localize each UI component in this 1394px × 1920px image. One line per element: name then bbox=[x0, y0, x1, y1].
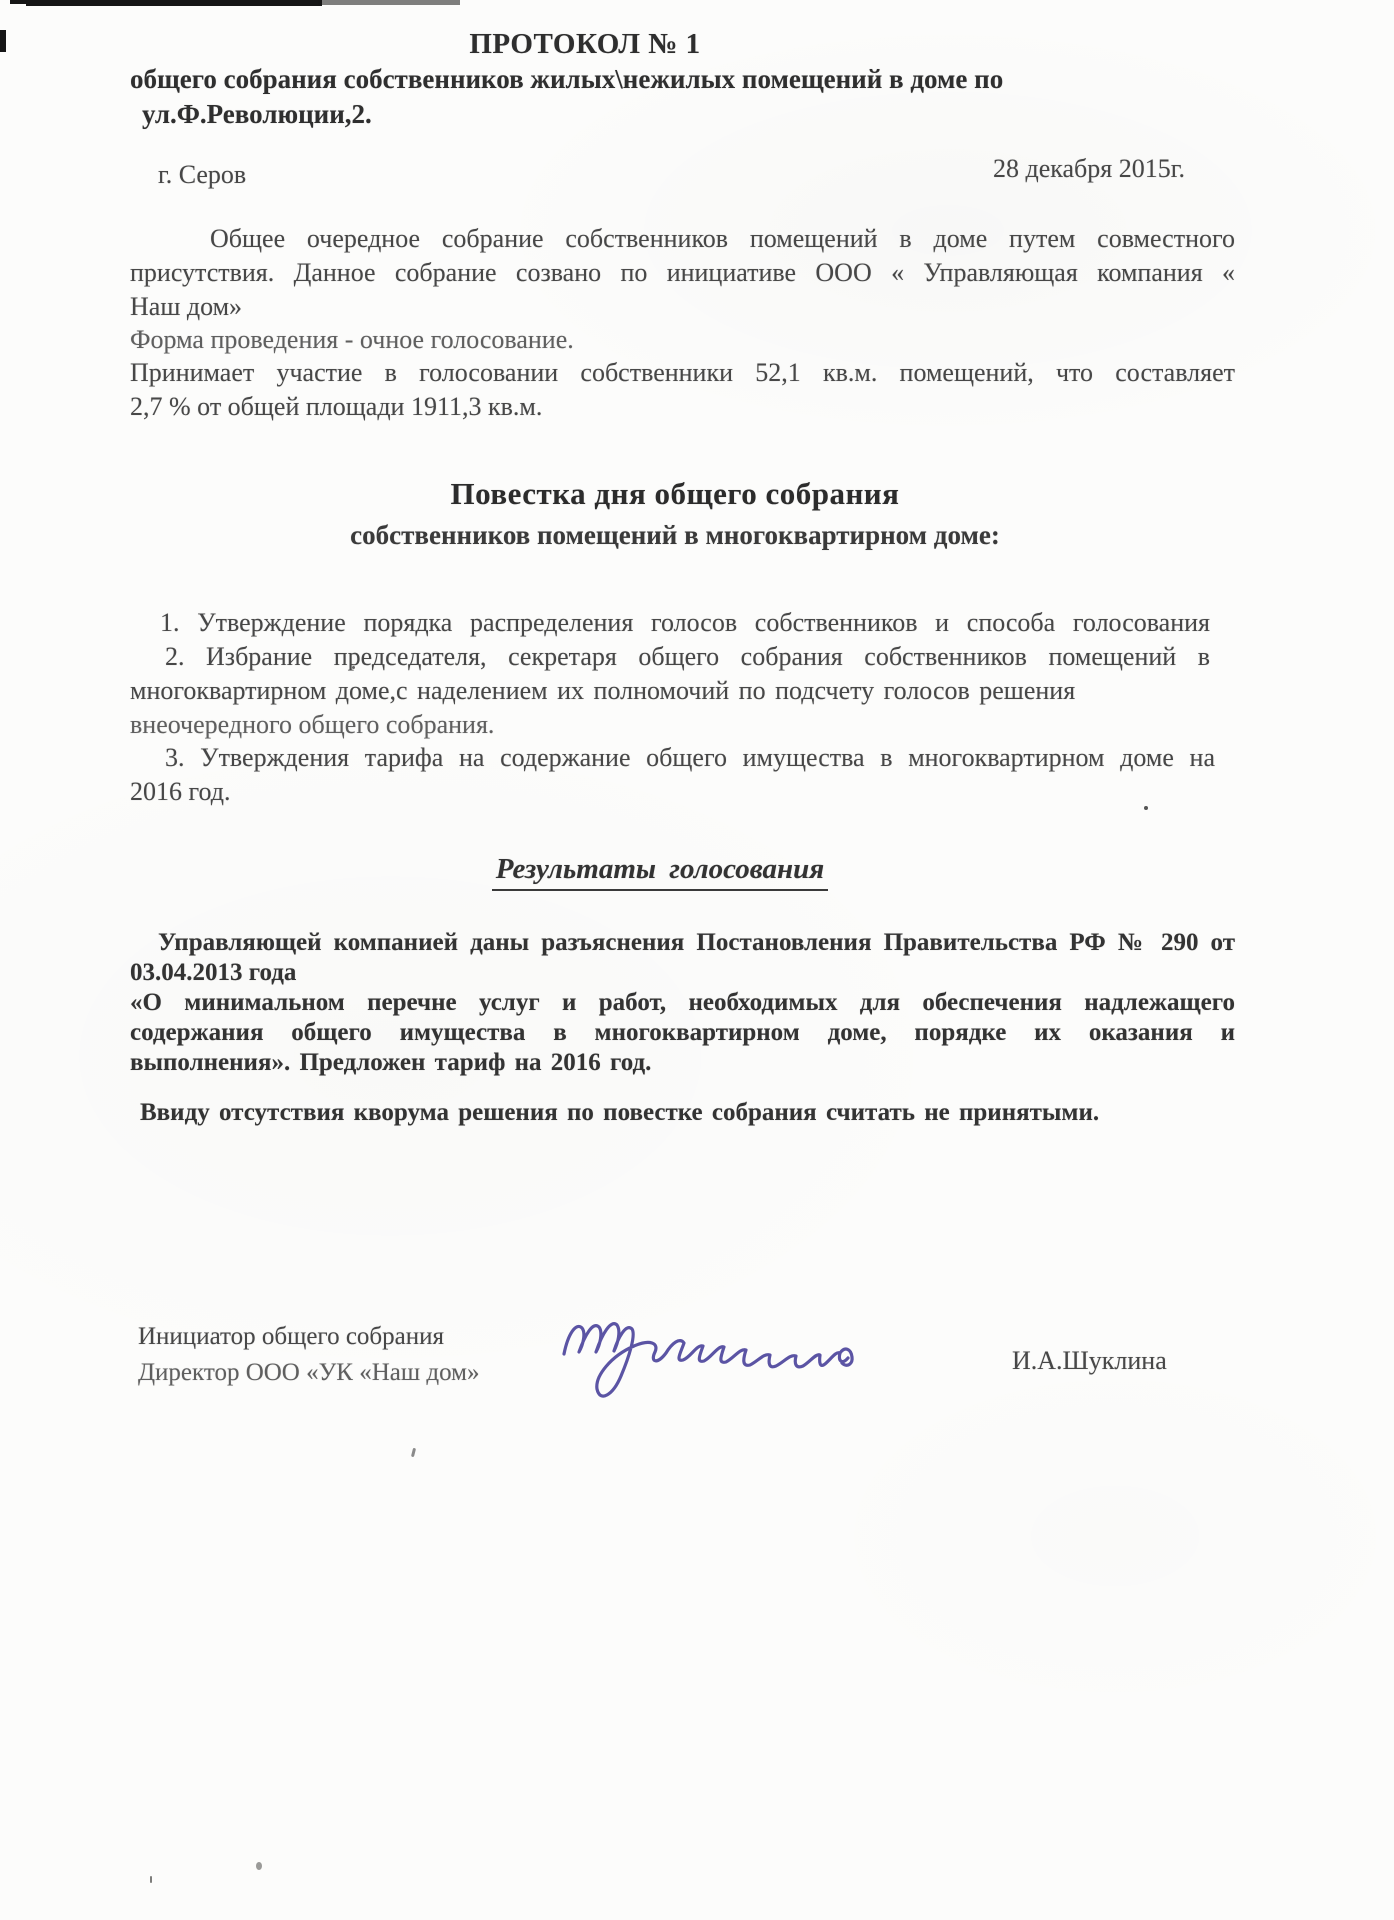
agenda-subheading: собственников помещений в многоквартирно… bbox=[130, 519, 1220, 552]
agenda-heading: Повестка дня общего собрания bbox=[130, 477, 1220, 510]
scan-speck bbox=[150, 1876, 152, 1883]
voting-form-line: Форма проведения - очное голосование. bbox=[130, 323, 1235, 356]
scan-artifact-top-band bbox=[318, 0, 460, 5]
participation-line: Принимает участие в голосовании собствен… bbox=[130, 356, 1235, 389]
scan-speck bbox=[411, 1448, 416, 1457]
results-paragraph-line: 03.04.2013 года bbox=[130, 958, 1235, 988]
doc-subtitle-line1: общего собрания собственников жилых\нежи… bbox=[130, 63, 1235, 96]
scan-artifact-left-mark bbox=[0, 30, 6, 52]
results-paragraph-line: содержания общего имущества в многокварт… bbox=[130, 1018, 1235, 1048]
handwritten-signature bbox=[556, 1290, 861, 1410]
results-paragraph-line: «О минимальном перечне услуг и работ, не… bbox=[130, 988, 1235, 1018]
agenda-item-2: внеочередного общего собрания. bbox=[130, 708, 1235, 741]
scan-speck bbox=[352, 666, 355, 669]
scan-speck bbox=[256, 1862, 262, 1870]
signer-name: И.А.Шуклина bbox=[1012, 1344, 1312, 1377]
scanned-protocol-page: ПРОТОКОЛ № 1 общего собрания собственник… bbox=[0, 0, 1394, 1920]
agenda-item-3: 2016 год. bbox=[130, 775, 1235, 808]
intro-line: Общее очередное собрание собственников п… bbox=[130, 222, 1235, 255]
date-label: 28 декабря 2015г. bbox=[993, 152, 1253, 185]
scan-speck bbox=[1144, 806, 1148, 810]
agenda-item-1: 1. Утверждение порядка распределения гол… bbox=[130, 606, 1210, 639]
agenda-item-2: 2. Избрание председателя, секретаря обще… bbox=[130, 640, 1210, 673]
participation-line: 2,7 % от общей площади 1911,3 кв.м. bbox=[130, 390, 1235, 423]
doc-title: ПРОТОКОЛ № 1 bbox=[130, 28, 1040, 61]
results-heading: Результаты голосования bbox=[130, 853, 1190, 891]
results-paragraph-line: Управляющей компанией даны разъяснения П… bbox=[130, 928, 1235, 958]
agenda-item-2: многоквартирном доме,с наделением их пол… bbox=[130, 674, 1235, 707]
results-heading-text: Результаты голосования bbox=[492, 853, 828, 891]
scan-artifact-top-band bbox=[26, 0, 322, 6]
quorum-line: Ввиду отсутствия кворума решения по пове… bbox=[140, 1098, 1245, 1128]
agenda-item-3: 3. Утверждения тарифа на содержание обще… bbox=[130, 741, 1215, 774]
doc-subtitle-line2: ул.Ф.Революции,2. bbox=[142, 98, 1247, 131]
intro-line: Наш дом» bbox=[130, 290, 1235, 323]
intro-line: присутствия. Данное собрание созвано по … bbox=[130, 256, 1235, 289]
results-paragraph-line: выполнения». Предложен тариф на 2016 год… bbox=[130, 1048, 1235, 1078]
